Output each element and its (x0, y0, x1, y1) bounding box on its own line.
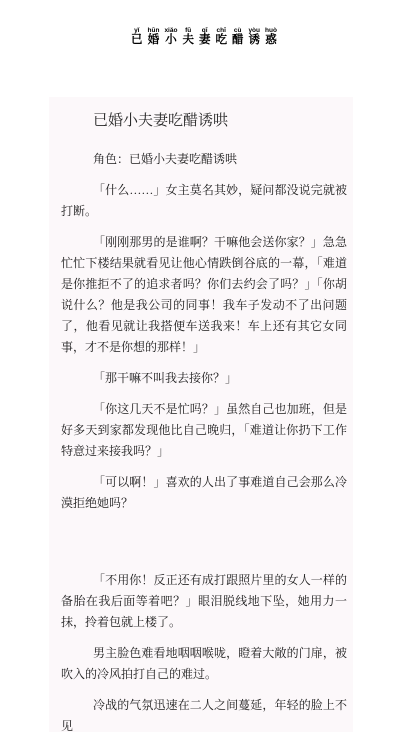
story-paragraph: 「你这几天不是忙吗？」虽然自己也加班，但是好多天到家都发现他比自己晚归，「难道让… (61, 399, 347, 462)
story-content-card: 已婚小夫妻吃醋诱哄 角色：已婚小夫妻吃醋诱哄 「什么……」女主莫名其妙，疑问都没… (49, 97, 353, 732)
story-paragraph: 冷战的气氛迅速在二人之间蔓延，年轻的脸上不见 (61, 695, 347, 732)
story-paragraph: 男主脸色难看地咽咽喉咙，瞪着大敞的门扉，被吹入的冷风拍打自己的难过。 (61, 643, 347, 685)
reader-page: { "colors": { "page_background": "#fffff… (0, 0, 408, 732)
story-paragraph: 「不用你！反正还有成打跟照片里的女人一样的备胎在我后面等着吧？」眼泪脱线地下坠，… (61, 570, 347, 633)
story-paragraph: 「什么……」女主莫名其妙，疑问都没说完就被打断。 (61, 180, 347, 222)
story-paragraph: 「那干嘛不叫我去接你？」 (61, 368, 347, 389)
pinyin-title: 已yǐ婚hūn小xiǎo夫fū妻qī吃chī醋cù诱yòu惑huò (0, 27, 408, 47)
story-heading: 已婚小夫妻吃醋诱哄 (61, 110, 347, 132)
role-line: 角色：已婚小夫妻吃醋诱哄 (61, 149, 347, 170)
story-paragraph: 「刚刚那男的是谁啊？干嘛他会送你家？」急急忙忙下楼结果就看见让他心情跌倒谷底的一… (61, 232, 347, 358)
scene-break-spacer (61, 524, 347, 560)
story-paragraph: 「可以啊！」喜欢的人出了事难道自己会那么冷漠拒绝她吗？ (61, 472, 347, 514)
